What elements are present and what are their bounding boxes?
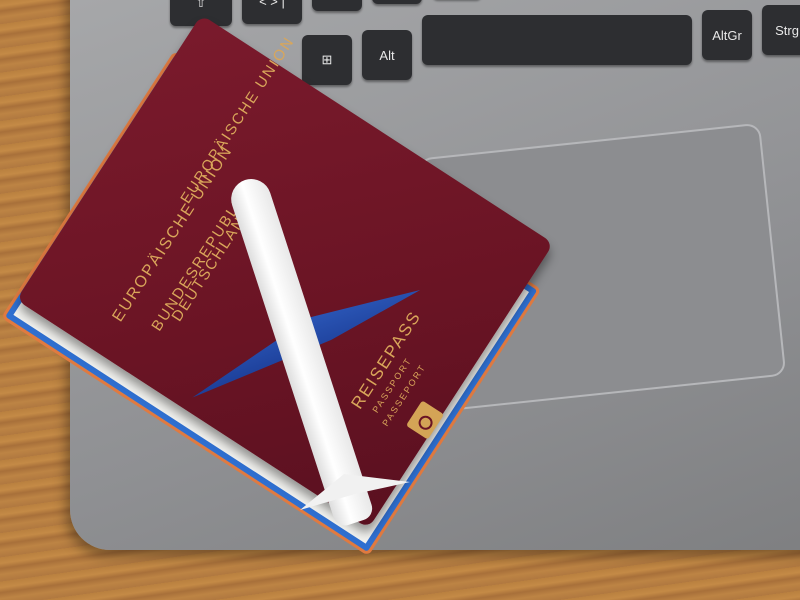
key-windows: ⊞: [302, 35, 352, 85]
key-angle: < > |: [242, 0, 302, 24]
key-y: Y: [312, 0, 362, 11]
key-altgr: AltGr: [702, 10, 752, 60]
key-strg: Strg: [762, 5, 800, 55]
key-x: X: [372, 0, 422, 4]
photo-scene: ⇧ < > | Y X C ⊞ Alt AltGr Strg ISSUED BY…: [0, 0, 800, 600]
key-alt: Alt: [362, 30, 412, 80]
key-space: [422, 15, 692, 65]
passport-eu-text: EUROPÄISCHE UNION: [177, 33, 298, 206]
